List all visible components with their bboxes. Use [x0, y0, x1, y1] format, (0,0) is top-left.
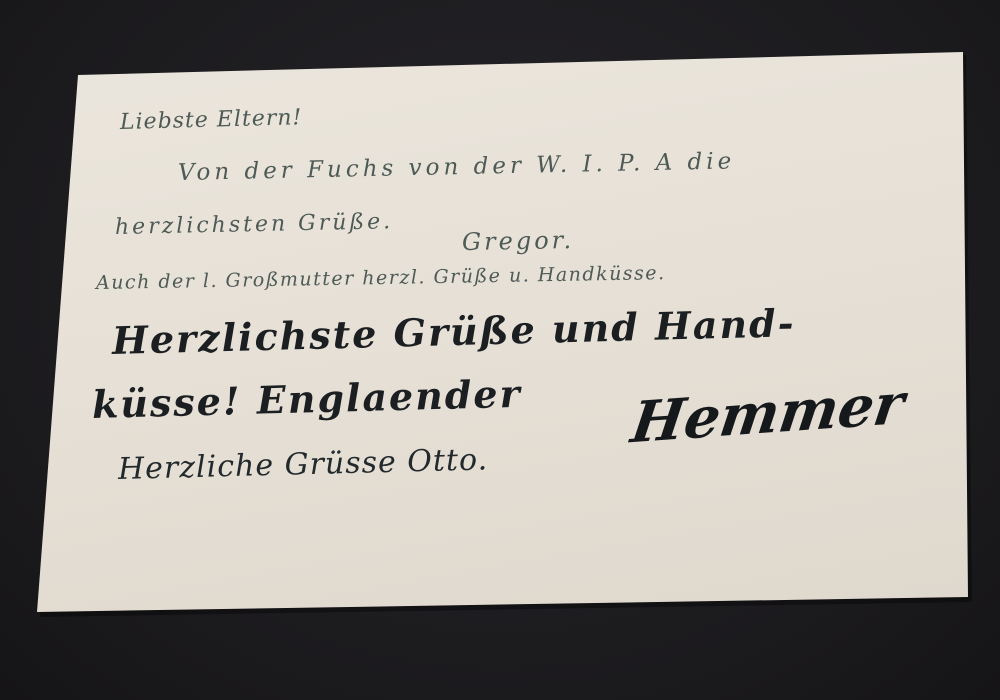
- salutation: Liebste Eltern!: [120, 105, 303, 135]
- signature-gregor: Gregor.: [462, 226, 575, 256]
